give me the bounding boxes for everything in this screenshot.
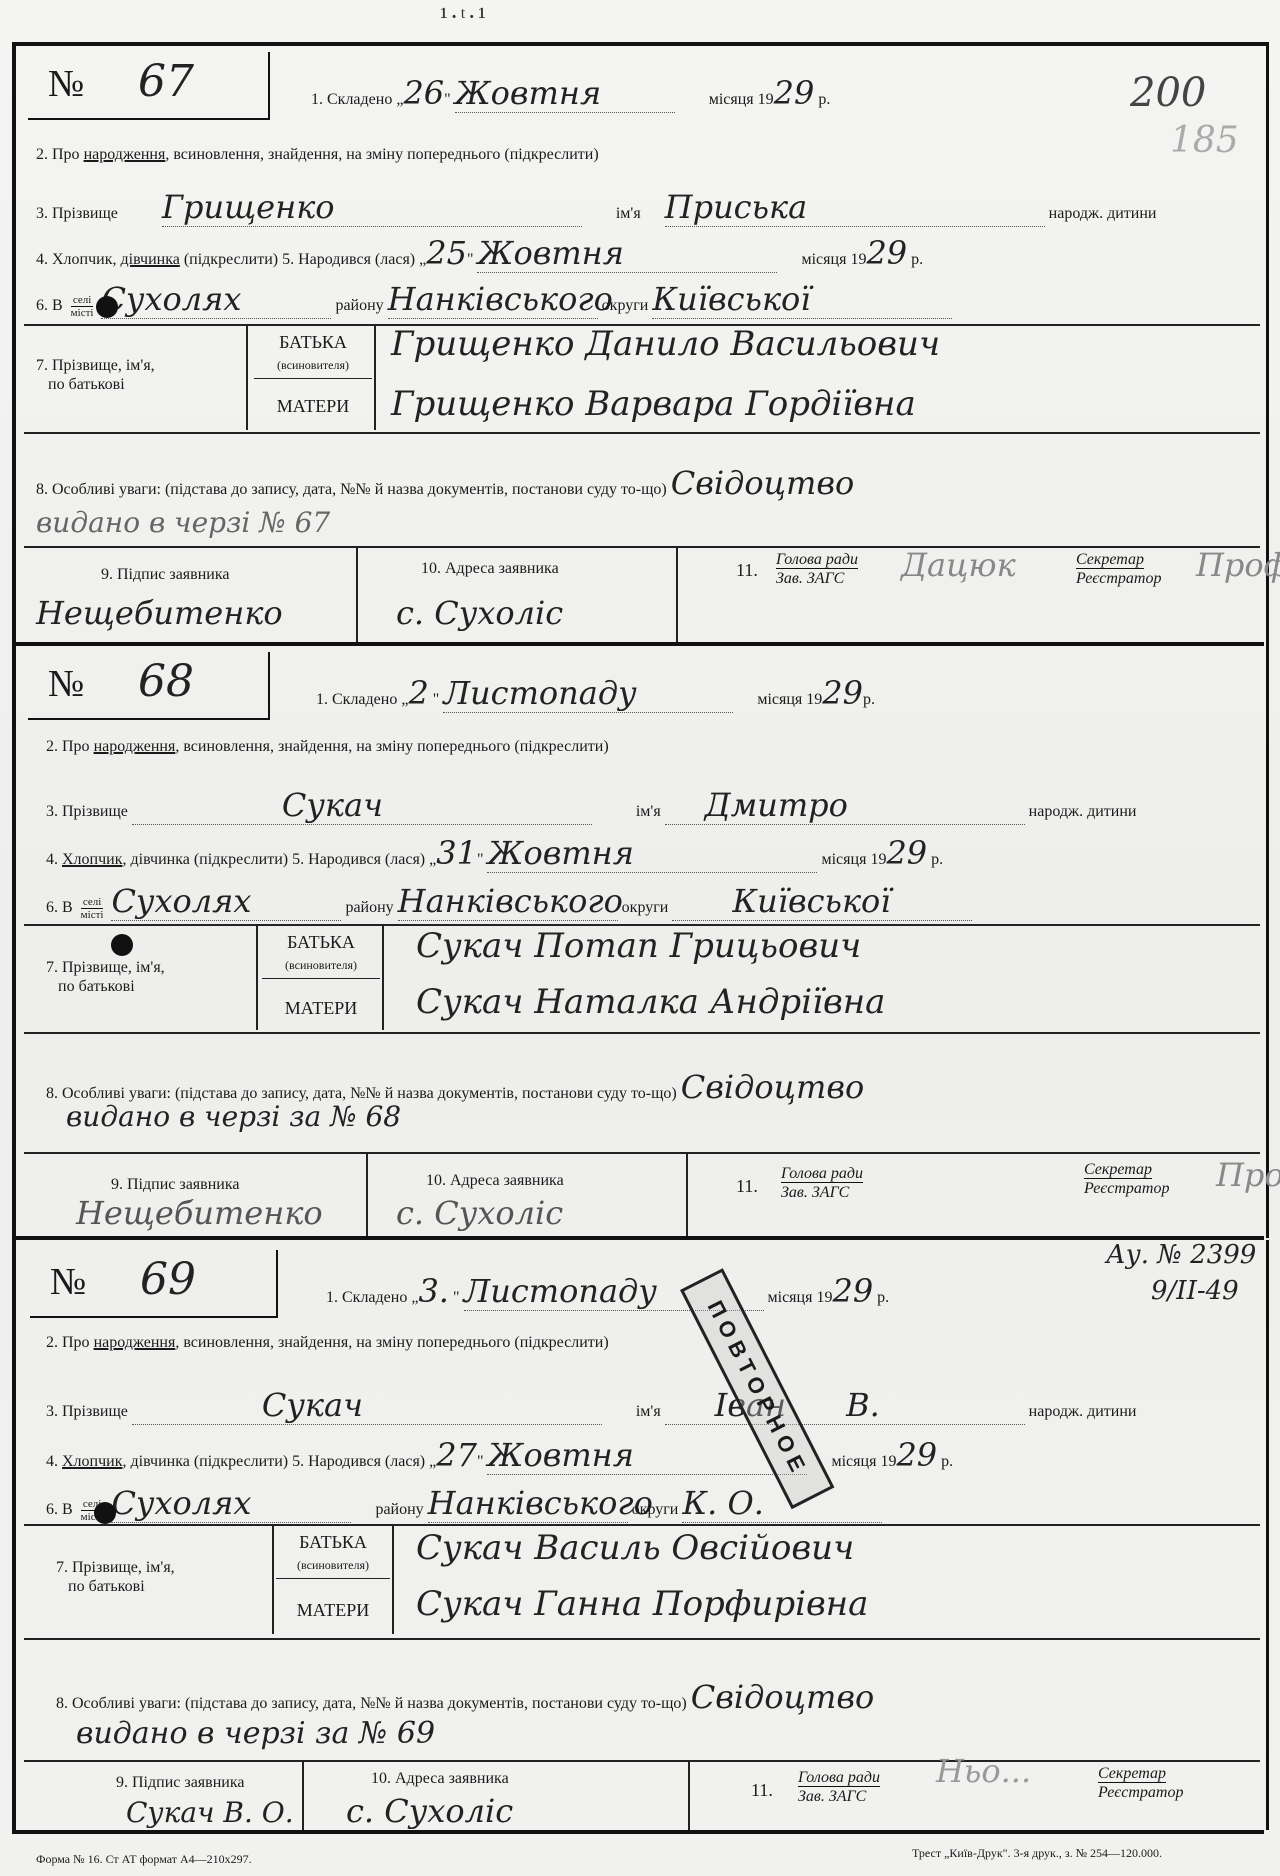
registrar-label: СекретарРеєстратор [1098,1764,1183,1802]
divider [374,326,376,430]
surname-label: 3. Прізвище [46,803,128,820]
mother-value: Сукач Ганна Порфирівна [416,1584,868,1624]
month-year-label: місяця 19 [821,851,886,868]
head-zags-label: Зав. ЗАГС [798,1788,866,1805]
place-line: 6. В селімісті Сухолях району Нанківсько… [46,1484,882,1523]
number-sign: № [48,62,84,106]
village-value: Сухолях [101,280,241,318]
head-zags-label: Зав. ЗАГС [781,1184,849,1201]
notes-value-2: видано в черзі № 67 [36,506,330,539]
applicant-sig-label: 9. Підпис заявника [111,1176,239,1194]
head-label: Голова радиЗав. ЗАГС [798,1768,880,1806]
divider [24,1524,1260,1526]
village-town-fraction: селімісті [71,294,94,319]
divider [272,1526,274,1634]
composed-month: Листопаду [443,674,636,712]
divider [24,546,1260,548]
ink-blot [111,934,133,956]
registrar-label-text: Реєстратор [1098,1784,1183,1801]
district-value: Нанківського [398,882,623,920]
birth-year: 29 [866,234,907,272]
divider [302,1762,304,1830]
names-label: 7. Прізвище, ім'я, по батькові [46,958,165,996]
surname-line: 3. Прізвище Сукач ім'я ІванВ. народж. ди… [46,1386,1136,1425]
boy-option-underlined: Хлопчик [62,1453,122,1470]
name-label: ім'я [616,205,641,222]
surname-label: 3. Прізвище [36,205,118,222]
village-label: селі [71,294,94,307]
head-council-label: Голова ради [781,1165,863,1183]
divider [392,1526,394,1634]
registrar-signature: Проф. [1196,546,1280,584]
divider [24,1152,1260,1154]
town-label: місті [81,909,104,921]
child-birth-label: народж. дитини [1049,205,1157,222]
applicant-addr-label: 10. Адреса заявника [421,560,559,578]
registrar-label: СекретарРеєстратор [1084,1160,1169,1198]
about-prefix: 2. Про [46,1334,94,1351]
names-label-line1: 7. Прізвище, ім'я, [46,959,165,976]
birth-month: Жовтня [487,1436,633,1474]
gender-birth-line: 4. Хлопчик, дівчинка (підкреслити) 5. На… [36,234,923,273]
okrug-value: Київської [652,280,810,318]
birth-day: 25 [426,234,467,272]
okrug-label: округи [622,899,669,916]
okrug-value: Київської [732,882,890,920]
district-value: Нанківського [428,1484,653,1522]
head-council-label: Голова ради [776,551,858,569]
surname-value: Сукач [262,1386,363,1424]
names-label: 7. Прізвище, ім'я, по батькові [36,356,155,394]
divider [276,1578,390,1579]
month-year-label: місяця 19 [757,691,822,708]
record-68: № 68 1. Складено „2 " Листопаду місяця 1… [12,646,1269,1238]
girl-option-underlined: дівчинка [120,251,179,268]
applicant-sig-value: Нещебитенко [36,594,283,632]
gender-suffix: (підкреслити) 5. Народився (лася) „ [180,251,426,268]
registrar-label-text: Реєстратор [1084,1180,1169,1197]
registrar-label: СекретарРеєстратор [1076,550,1161,588]
gender-birth-line: 4. Хлопчик, дівчинка (підкреслити) 5. На… [46,834,943,873]
okrug-value: К. О. [682,1484,764,1522]
composed-line: 1. Складено „3. " Листопаду місяця 1929 … [326,1272,889,1311]
event-birth-underlined: народження [94,1334,176,1351]
applicant-sig-label: 9. Підпис заявника [116,1774,244,1792]
divider [382,926,384,1030]
applicant-sig-label: 9. Підпис заявника [101,566,229,584]
sig-number: 11. [736,560,758,581]
birth-year: 29 [886,834,927,872]
surname-value: Грищенко [162,188,335,226]
secretary-label: Секретар [1084,1161,1152,1179]
event-type-line: 2. Про народження, всиновлення, знайденн… [36,146,599,164]
divider [246,326,248,430]
surname-label: 3. Прізвище [46,1403,128,1420]
ink-blot [96,296,118,318]
father-label-text: БАТЬКА [299,1532,367,1552]
district-label: району [335,297,383,314]
surname-line: 3. Прізвище Сукач ім'я Дмитро народж. ди… [46,786,1136,825]
district-label: району [375,1501,423,1518]
year-suffix: р. [931,851,943,868]
composed-day: 26 [403,74,444,112]
girl-option: дівчинка [130,1453,189,1470]
notes-label: 8. Особливі уваги: (підстава до запису, … [36,481,667,498]
applicant-addr-label: 10. Адреса заявника [426,1172,564,1190]
father-value: Сукач Потап Грицьович [416,926,861,966]
head-signature: Дацюк [901,546,1016,584]
birth-month: Жовтня [487,834,633,872]
about-prefix: 2. Про [36,146,84,163]
applicant-addr-value: с. Сухоліс [346,1792,513,1830]
first-name-value: Дмитро [705,786,848,824]
surname-value: Сукач [282,786,383,824]
year-suffix: р. [911,251,923,268]
father-label-text: БАТЬКА [279,332,347,352]
composed-month: Листопаду [464,1272,657,1310]
village-value: Сухолях [111,1484,251,1522]
divider [366,1154,368,1238]
record-number-box: № 68 [28,652,270,720]
notes-line: 8. Особливі уваги: (підстава до запису, … [36,464,854,502]
divider [686,1154,688,1238]
divider [24,1032,1260,1034]
first-name-extra: В. [846,1386,880,1424]
composed-year: 29 [774,74,815,112]
composed-label: 1. Складено „ [311,91,403,108]
head-zags-label: Зав. ЗАГС [776,570,844,587]
surname-line: 3. Прізвище Грищенко ім'я Приська народж… [36,188,1256,227]
divider [24,432,1260,434]
month-year-label: місяця 19 [831,1453,896,1470]
head-council-label: Голова ради [798,1769,880,1787]
composed-line: 1. Складено „26" Жовтня місяця 1929 р. [311,74,830,113]
name-label: ім'я [636,1403,661,1420]
divider [24,1760,1260,1762]
mother-value: Сукач Наталка Андріївна [416,982,885,1022]
applicant-sig-value: Нещебитенко [76,1194,323,1232]
about-prefix: 2. Про [46,738,94,755]
month-year-label: місяця 19 [801,251,866,268]
side-note-ref: Ау. № 2399 [1106,1240,1256,1270]
quote: " [433,691,440,708]
record-number: 67 [138,56,194,107]
birth-day: 31 [436,834,477,872]
names-label-line2: по батькові [48,376,125,393]
notes-value-2: видано в черзі за № 69 [76,1716,435,1751]
father-sublabel: (всиновителя) [297,1558,369,1572]
mother-label: МАТЕРИ [254,396,372,417]
notes-value-1: Свідоцтво [681,1068,864,1106]
about-rest: , всиновлення, знайдення, на зміну попер… [175,1334,608,1351]
father-value: Сукач Василь Овсійович [416,1528,854,1568]
mother-label: МАТЕРИ [262,998,380,1019]
side-note-date: 9/ІІ-49 [1151,1276,1239,1306]
composed-year: 29 [822,674,863,712]
mother-label: МАТЕРИ [276,1600,390,1621]
birth-year: 29 [896,1436,937,1474]
village-label: селі [81,896,104,909]
birth-month: Жовтня [477,234,623,272]
quote: " [444,91,451,108]
composed-label: 1. Складено „ [316,691,408,708]
record-69: № 69 1. Складено „3. " Листопаду місяця … [12,1240,1269,1830]
composed-day: 3. [418,1272,449,1310]
record-number-box: № 69 [30,1250,278,1318]
record-number-box: № 67 [28,52,270,120]
notes-label: 8. Особливі уваги: (підстава до запису, … [56,1695,687,1712]
number-sign: № [48,662,84,706]
composed-year: 29 [832,1272,873,1310]
divider [24,1638,1260,1640]
place-line: 6. В селімісті Сухолях району Нанківсько… [46,882,972,921]
event-birth-underlined: народження [94,738,176,755]
month-year-label: місяця 19 [709,91,774,108]
father-label: БАТЬКА(всиновителя) [262,932,380,974]
year-suffix: р. [818,91,830,108]
composed-month: Жовтня [455,74,601,112]
gender-prefix: 4. [36,251,52,268]
document-page: ¹·ᵗ·¹ 200 185 № 67 1. Складено „26" Жовт… [0,0,1280,1876]
event-birth-underlined: народження [84,146,166,163]
district-value: Нанківського [388,280,613,318]
event-type-line: 2. Про народження, всиновлення, знайденн… [46,738,609,756]
top-mark: ¹·ᵗ·¹ [440,2,488,32]
first-name-value: Приська [665,188,808,226]
quote: " [453,1289,460,1306]
notes-value-1: Свідоцтво [691,1678,874,1716]
secretary-label: Секретар [1076,551,1144,569]
event-type-line: 2. Про народження, всиновлення, знайденн… [46,1334,609,1352]
record-number: 69 [140,1254,196,1305]
boy-option: Хлопчик [52,251,112,268]
sig-number: 11. [736,1176,758,1197]
about-rest: , всиновлення, знайдення, на зміну попер… [175,738,608,755]
head-signature: Ньо... [936,1752,1031,1790]
father-label-text: БАТЬКА [287,932,355,952]
village-town-fraction: селімісті [81,896,104,921]
notes-value-2: видано в черзі за № 68 [66,1100,401,1133]
town-label: місті [71,307,94,319]
divider [256,926,258,1030]
okrug-label: округи [602,297,649,314]
father-value: Грищенко Данило Васильович [391,324,940,364]
place-line: 6. В селімісті Сухолях району Нанківсько… [36,280,952,319]
month-year-label: місяця 19 [768,1289,833,1306]
mother-value: Грищенко Варвара Гордіївна [391,384,916,424]
in-label: 6. В [46,899,73,916]
applicant-addr-value: с. Сухоліс [396,1194,563,1232]
birth-day: 27 [436,1436,477,1474]
gender-suffix: (підкреслити) 5. Народився (лася) „ [190,851,436,868]
notes-line: 8. Особливі уваги: (підстава до запису, … [56,1678,874,1716]
child-birth-label: народж. дитини [1029,803,1137,820]
registrar-label-text: Реєстратор [1076,570,1161,587]
year-suffix: р. [877,1289,889,1306]
child-birth-label: народж. дитини [1029,1403,1137,1420]
divider [688,1762,690,1830]
divider [356,548,358,644]
applicant-sig-value: Сукач В. О. [126,1796,294,1829]
father-label: БАТЬКА(всиновителя) [254,332,372,374]
village-value: Сухолях [111,882,251,920]
number-sign: № [50,1260,86,1304]
name-label: ім'я [636,803,661,820]
gender-prefix: 4. [46,851,62,868]
form-footer-left: Форма № 16. Ст АТ формат А4—210x297. [36,1852,252,1867]
applicant-addr-value: с. Сухоліс [396,594,563,632]
notes-value-1: Свідоцтво [671,464,854,502]
head-label: Голова радиЗав. ЗАГС [776,550,858,588]
year-suffix: р. [863,691,875,708]
divider [262,978,380,979]
head-label: Голова радиЗав. ЗАГС [781,1164,863,1202]
divider [676,548,678,644]
record-separator [12,1830,1264,1834]
composed-line: 1. Складено „2 " Листопаду місяця 1929р. [316,674,875,713]
secretary-label: Секретар [1098,1765,1166,1783]
father-sublabel: (всиновителя) [277,358,349,372]
father-label: БАТЬКА(всиновителя) [276,1532,390,1574]
about-rest: , всиновлення, знайдення, на зміну попер… [165,146,598,163]
father-sublabel: (всиновителя) [285,958,357,972]
names-label-line1: 7. Прізвище, ім'я, [36,357,155,374]
registrar-signature: Проф. [1216,1156,1280,1194]
in-label: 6. В [46,1501,73,1518]
composed-label: 1. Складено „ [326,1289,418,1306]
girl-option: дівчинка [130,851,189,868]
sig-number: 11. [751,1780,773,1801]
names-label-line1: 7. Прізвище, ім'я, [56,1559,175,1576]
ink-blot [94,1502,116,1524]
divider [254,378,372,379]
okrug-label: округи [632,1501,679,1518]
district-label: району [345,899,393,916]
boy-option-underlined: Хлопчик [62,851,122,868]
names-label-line2: по батькові [68,1578,145,1595]
record-67: № 67 1. Складено „26" Жовтня місяця 1929… [12,42,1269,646]
gender-suffix: (підкреслити) 5. Народився (лася) „ [190,1453,436,1470]
gender-prefix: 4. [46,1453,62,1470]
form-footer-right: Трест „Київ-Друк". 3-я друк., з. № 254—1… [912,1846,1162,1861]
names-label: 7. Прізвище, ім'я, по батькові [56,1558,175,1596]
record-number: 68 [138,656,194,707]
applicant-addr-label: 10. Адреса заявника [371,1770,509,1788]
in-label: 6. В [36,297,63,314]
composed-day: 2 [408,674,428,712]
names-label-line2: по батькові [58,978,135,995]
year-suffix: р. [941,1453,953,1470]
